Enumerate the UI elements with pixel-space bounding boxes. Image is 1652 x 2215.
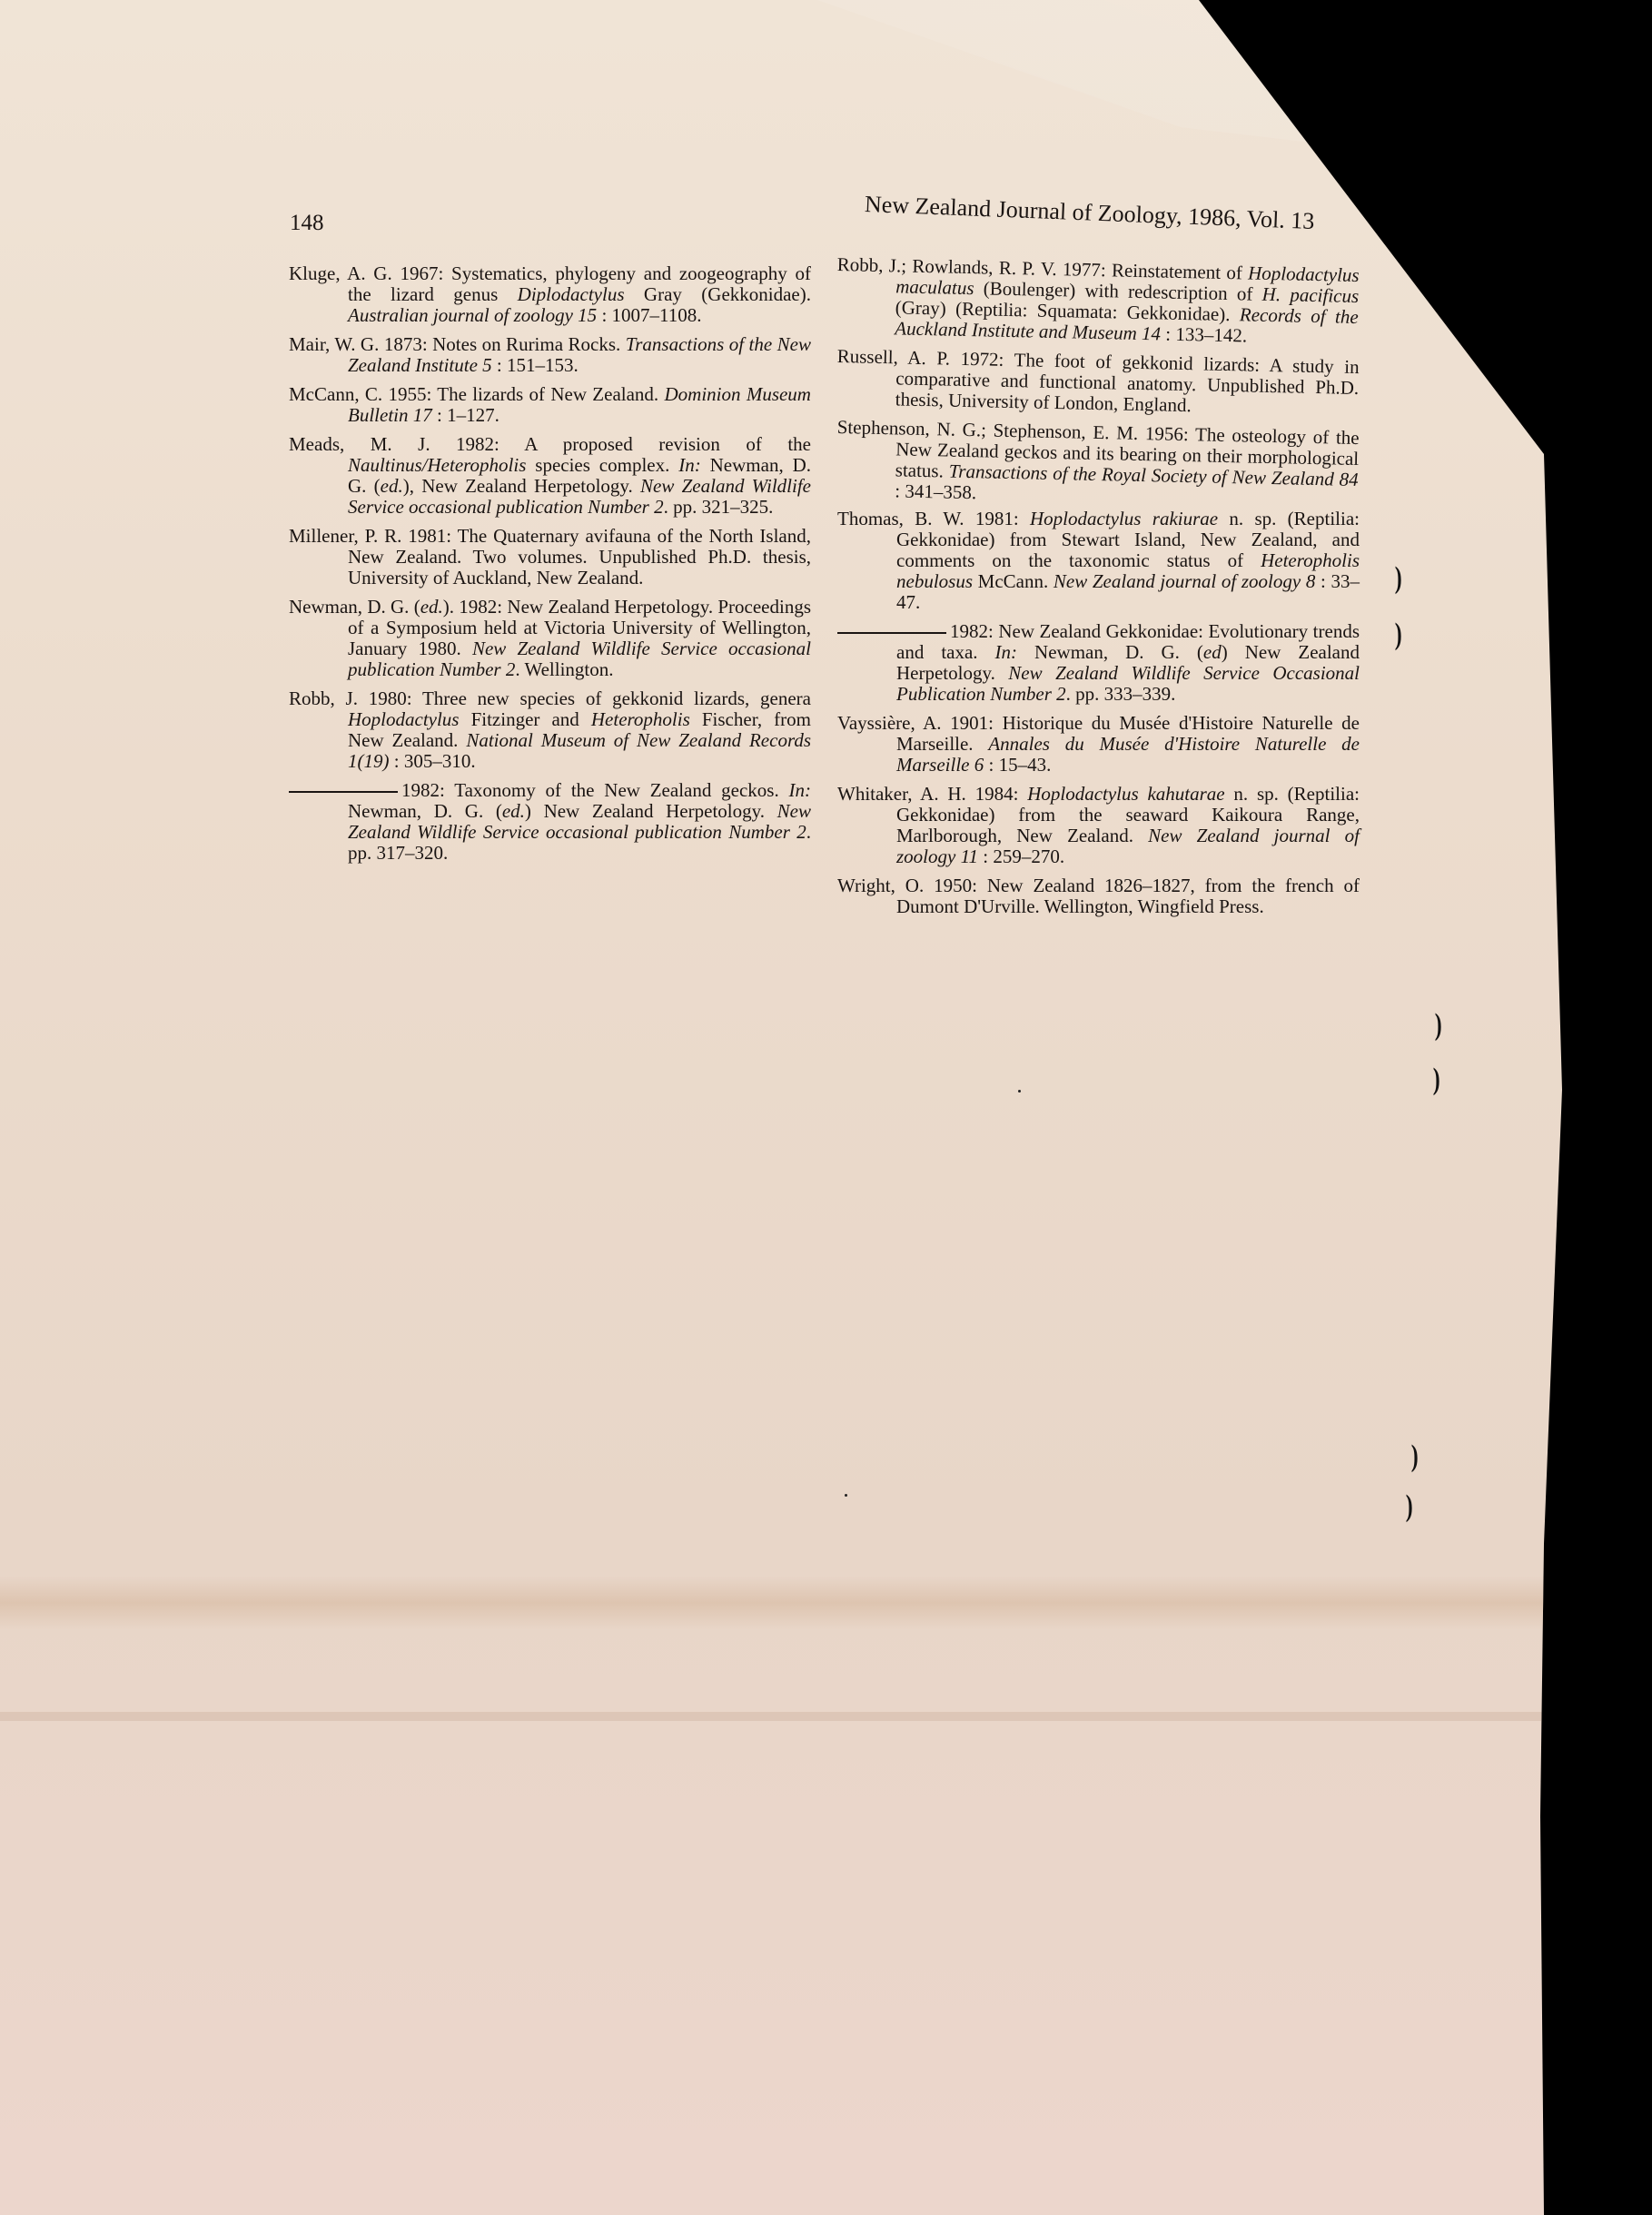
margin-bracket-mark: ) xyxy=(1395,561,1402,596)
ditto-dash xyxy=(837,632,946,634)
reference-entry: Vayssière, A. 1901: Historique du Musée … xyxy=(837,713,1360,776)
reference-entry: Whitaker, A. H. 1984: Hoplodactylus kahu… xyxy=(837,784,1360,867)
reference-entry: McCann, C. 1955: The lizards of New Zeal… xyxy=(289,384,811,426)
margin-bracket-mark: ) xyxy=(1395,618,1402,652)
margin-bracket-mark: ) xyxy=(1411,1439,1419,1474)
reference-entry: Russell, A. P. 1972: The foot of gekkoni… xyxy=(836,346,1360,420)
margin-bracket-mark: ) xyxy=(1435,1008,1442,1043)
reference-entry: Kluge, A. G. 1967: Systematics, phylogen… xyxy=(289,263,811,326)
references-right-column: Robb, J.; Rowlands, R. P. V. 1977: Reins… xyxy=(837,254,1360,925)
reference-entry: Newman, D. G. (ed.). 1982: New Zealand H… xyxy=(289,597,811,680)
reference-entry: Meads, M. J. 1982: A proposed revision o… xyxy=(289,434,811,518)
speck xyxy=(845,1494,847,1497)
reference-entry: 1982: Taxonomy of the New Zealand geckos… xyxy=(289,780,811,864)
document-page: 148 New Zealand Journal of Zoology, 1986… xyxy=(0,0,1652,2215)
margin-bracket-mark: ) xyxy=(1433,1063,1440,1097)
page-number: 148 xyxy=(290,211,324,236)
references-left-column: Kluge, A. G. 1967: Systematics, phylogen… xyxy=(289,263,811,872)
reference-entry: Robb, J.; Rowlands, R. P. V. 1977: Reins… xyxy=(836,254,1360,349)
running-head: New Zealand Journal of Zoology, 1986, Vo… xyxy=(864,191,1314,235)
speck xyxy=(1018,1090,1021,1093)
reference-entry: Millener, P. R. 1981: The Quaternary avi… xyxy=(289,526,811,588)
paper-crease xyxy=(0,1576,1544,1630)
reference-entry: Robb, J. 1980: Three new species of gekk… xyxy=(289,688,811,772)
reference-entry: Thomas, B. W. 1981: Hoplodactylus rakiur… xyxy=(837,509,1360,613)
reference-entry: Mair, W. G. 1873: Notes on Rurima Rocks.… xyxy=(289,334,811,376)
reference-entry: Wright, O. 1950: New Zealand 1826–1827, … xyxy=(837,875,1360,917)
reference-entry: 1982: New Zealand Gekkonidae: Evolutiona… xyxy=(837,621,1360,705)
reference-entry: Stephenson, N. G.; Stephenson, E. M. 195… xyxy=(836,417,1360,511)
folded-corner xyxy=(0,0,1652,2215)
margin-bracket-mark: ) xyxy=(1406,1489,1413,1524)
ditto-dash xyxy=(289,791,398,793)
paper-crease xyxy=(0,1712,1544,1721)
